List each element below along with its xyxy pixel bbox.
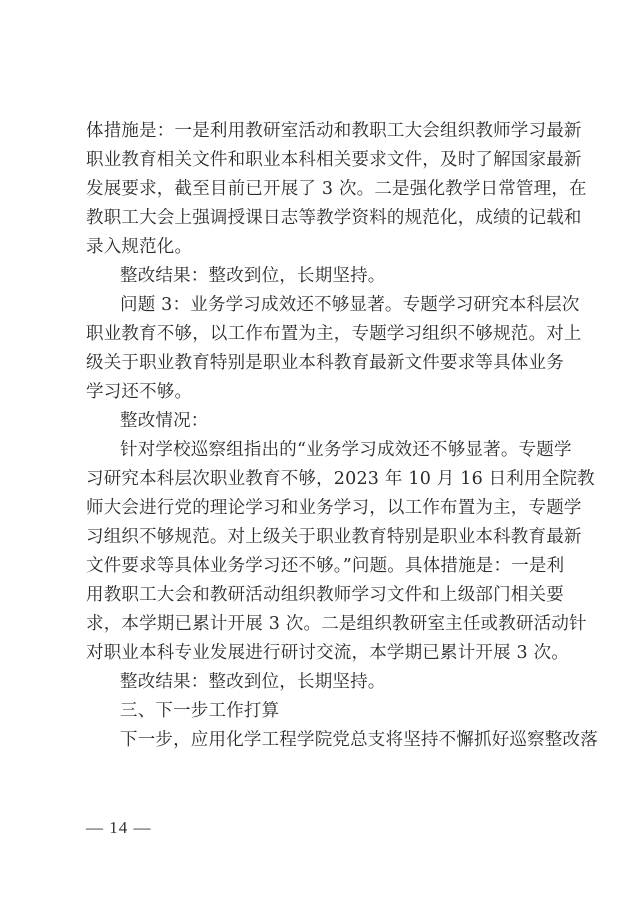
paragraph-line: 职业教育相关文件和职业本科相关要求文件，及时了解国家最新 — [86, 146, 558, 175]
paragraph-line: 对职业本科专业发展进行研讨交流，本学期已累计开展 3 次。 — [86, 639, 558, 668]
paragraph-line: 发展要求，截至目前已开展了 3 次。二是强化教学日常管理，在 — [86, 175, 558, 204]
issue-3-heading-line: 问题 3：业务学习成效还不够显著。专题学习研究本科层次 — [86, 291, 558, 320]
paragraph-line: 学习还不够。 — [86, 378, 558, 407]
paragraph-line: 录入规范化。 — [86, 233, 558, 262]
paragraph-line: 文件要求等具体业务学习还不够。”问题。具体措施是：一是利 — [86, 552, 558, 581]
paragraph-line: 针对学校巡察组指出的“业务学习成效还不够显著。专题学 — [86, 436, 558, 465]
rectification-result-line: 整改结果：整改到位，长期坚持。 — [86, 668, 558, 697]
paragraph-line: 用教职工大会和教研活动组织教师学习文件和上级部门相关要 — [86, 581, 558, 610]
page-number: — 14 — — [86, 818, 152, 838]
paragraph-line: 职业教育不够，以工作布置为主，专题学习组织不够规范。对上 — [86, 320, 558, 349]
paragraph-line: 习组织不够规范。对上级关于职业教育特别是职业本科教育最新 — [86, 523, 558, 552]
paragraph-line: 下一步，应用化学工程学院党总支将坚持不懈抓好巡察整改落 — [86, 726, 558, 755]
rectification-result-line: 整改结果：整改到位，长期坚持。 — [86, 262, 558, 291]
paragraph-line: 师大会进行党的理论学习和业务学习，以工作布置为主，专题学 — [86, 494, 558, 523]
paragraph-line: 级关于职业教育特别是职业本科教育最新文件要求等具体业务 — [86, 349, 558, 378]
rectification-status-label: 整改情况： — [86, 407, 558, 436]
paragraph-line: 教职工大会上强调授课日志等教学资料的规范化，成绩的记载和 — [86, 204, 558, 233]
paragraph-line: 习研究本科层次职业教育不够，2023 年 10 月 16 日利用全院教 — [86, 465, 558, 494]
paragraph-line: 求，本学期已累计开展 3 次。二是组织教研室主任或教研活动针 — [86, 610, 558, 639]
paragraph-line: 体措施是：一是利用教研室活动和教职工大会组织教师学习最新 — [86, 117, 558, 146]
document-page-body: 体措施是：一是利用教研室活动和教职工大会组织教师学习最新 职业教育相关文件和职业… — [86, 117, 558, 755]
section-heading-next-steps: 三、下一步工作打算 — [86, 697, 558, 726]
